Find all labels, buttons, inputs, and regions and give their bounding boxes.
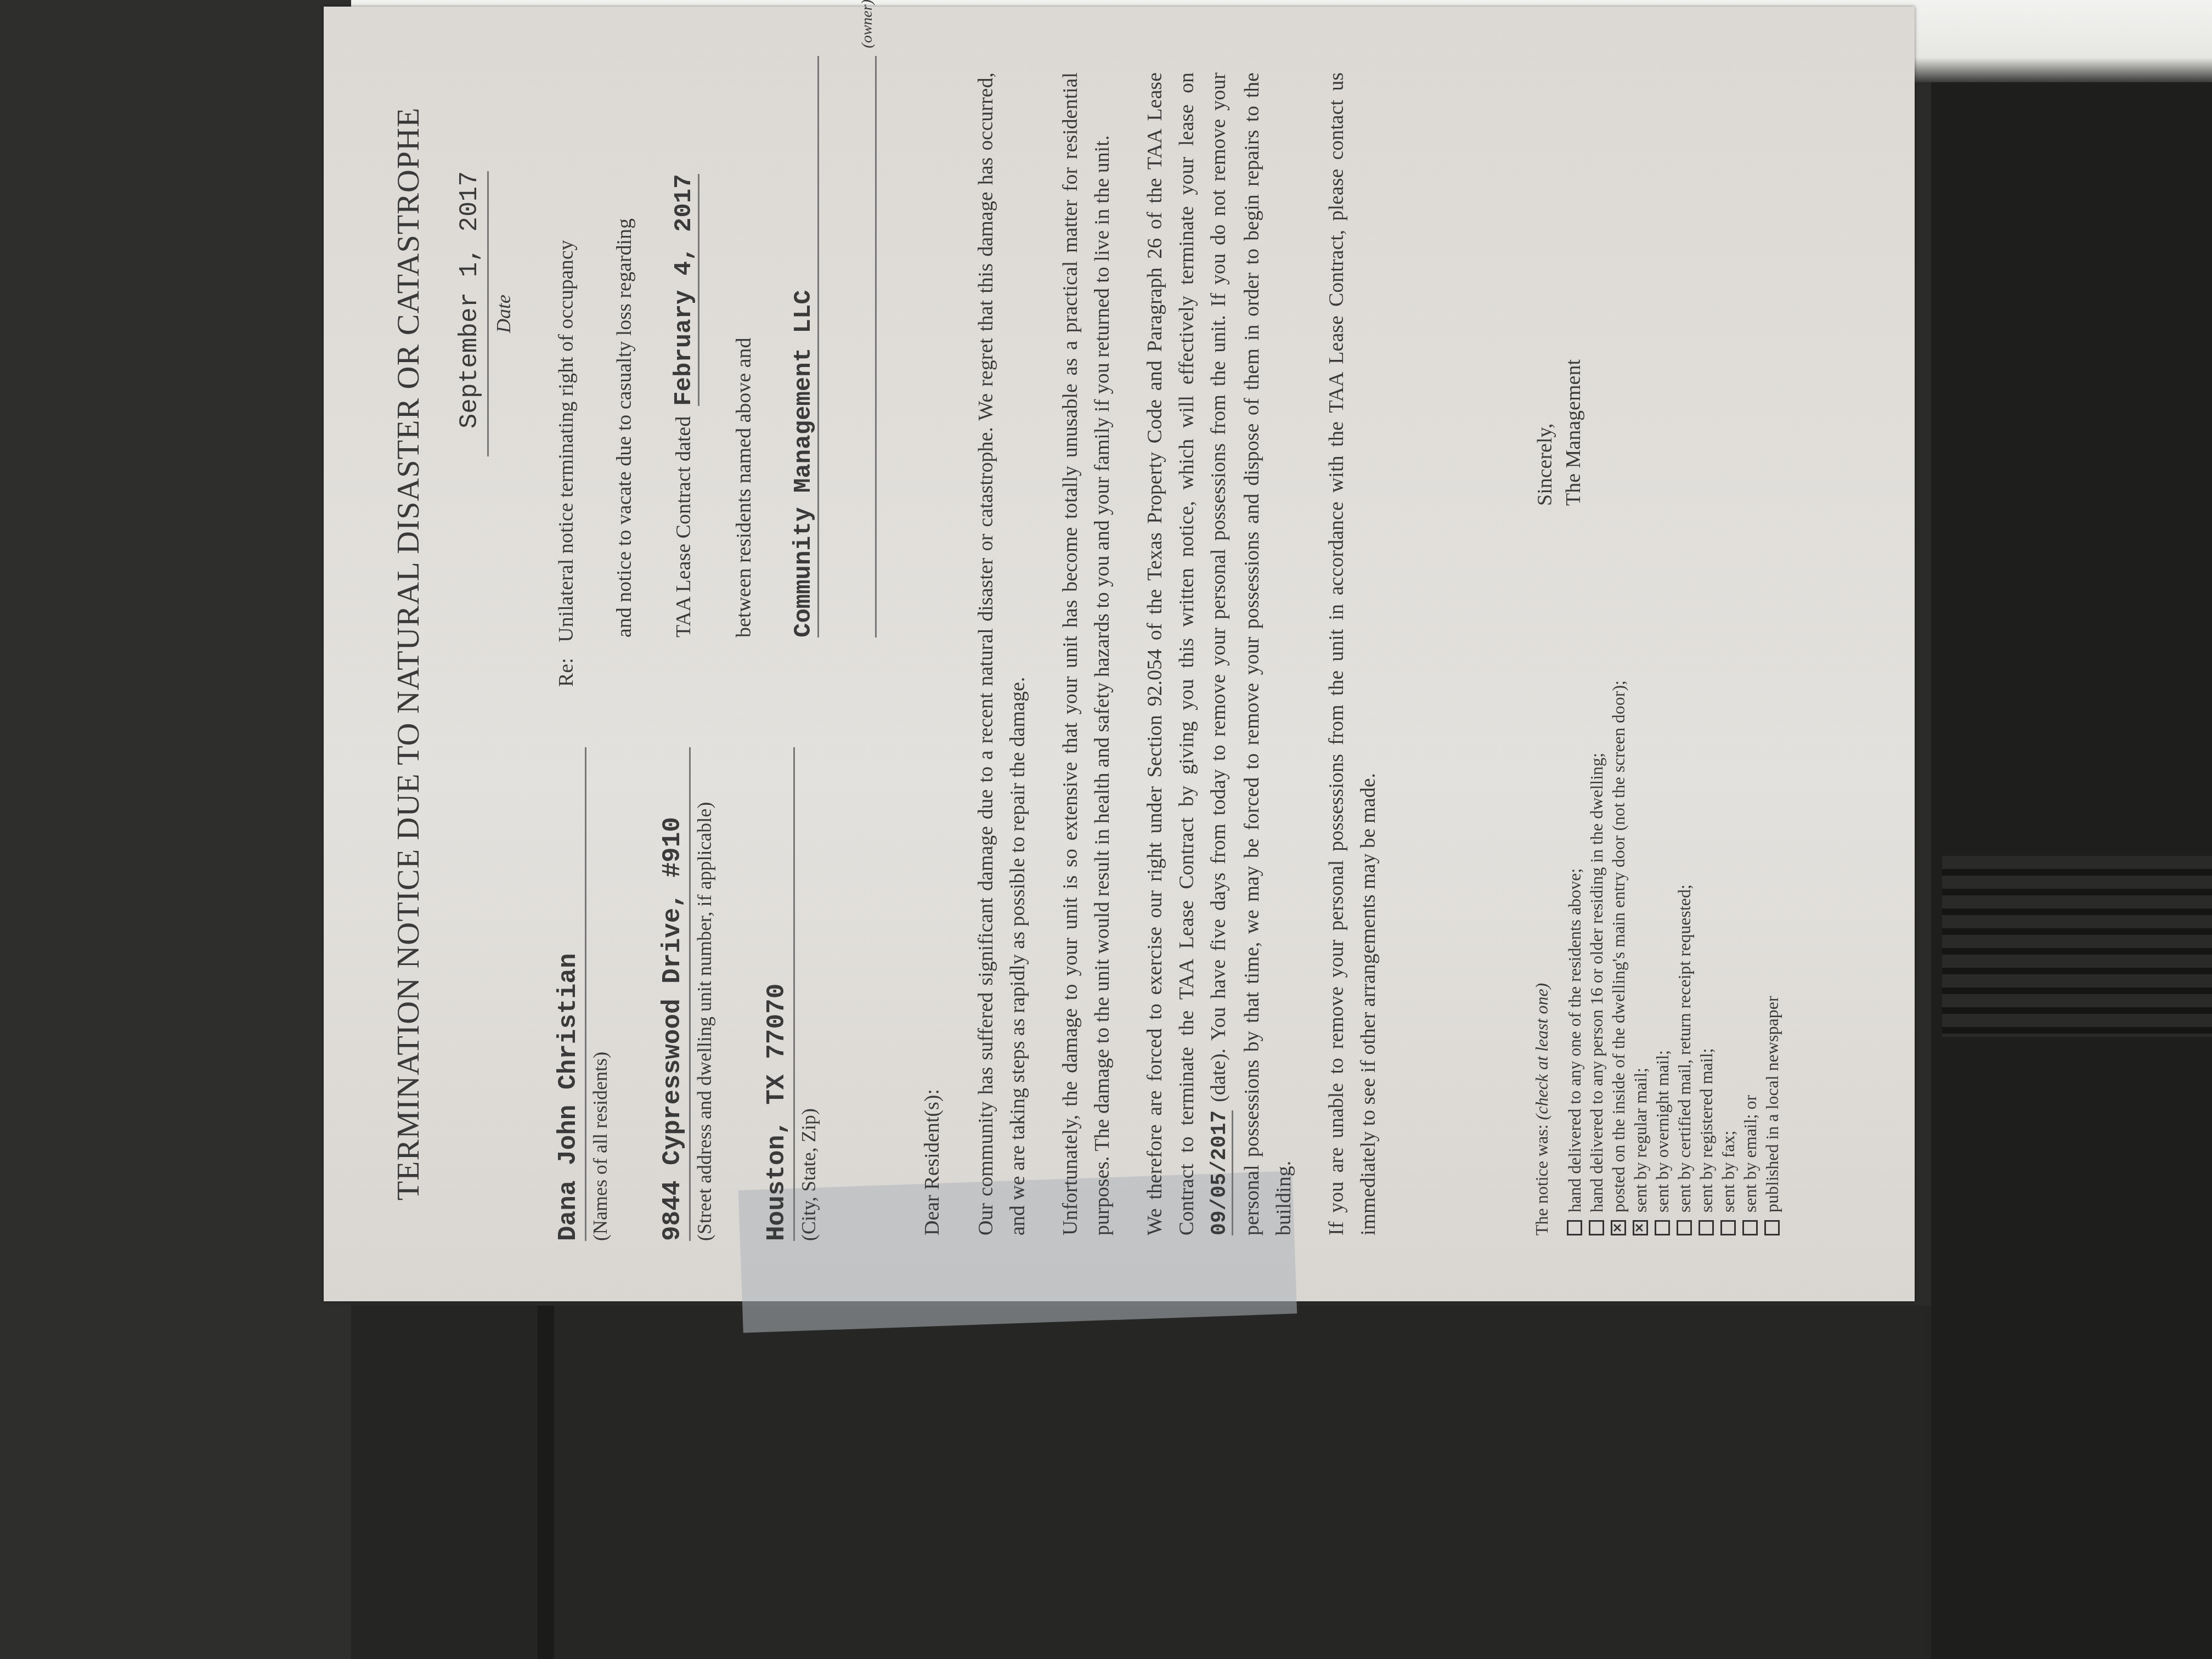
checked-checkbox-icon[interactable]: ✕ — [1611, 1220, 1626, 1235]
checkbox-icon[interactable] — [1567, 1220, 1582, 1235]
paragraph-1: Our community has suffered significant d… — [970, 72, 1034, 1235]
delivery-option-label: published in a local newspaper — [1761, 996, 1783, 1212]
door-inset — [538, 1306, 1926, 1659]
owner-field: Community Management LLC — [790, 56, 819, 637]
delivery-option-label: sent by certified mail, return receipt r… — [1673, 884, 1695, 1212]
re-line-2: and notice to vacate due to casualty los… — [612, 56, 636, 637]
lease-date-label: TAA Lease Contract dated — [672, 416, 695, 637]
delivery-option: published in a local newspaper — [1761, 680, 1783, 1235]
document-title: TERMINATION NOTICE DUE TO NATURAL DISAST… — [390, 7, 426, 1301]
re-line-3: TAA Lease Contract dated February 4, 201… — [670, 56, 698, 637]
delivery-option: sent by email; or — [1739, 680, 1761, 1235]
closing: Sincerely, The Management — [1531, 359, 1588, 506]
checkbox-icon[interactable] — [1677, 1220, 1692, 1235]
resident-city-field: Houston, TX 77070 (City, State, Zip) — [763, 747, 820, 1241]
checked-checkbox-icon[interactable]: ✕ — [1633, 1220, 1648, 1235]
paragraph-2: Unfortunately, the damage to your unit i… — [1054, 72, 1118, 1235]
delivery-options: hand delivered to any one of the residen… — [1564, 680, 1783, 1235]
delivery-option: sent by fax; — [1717, 680, 1739, 1235]
date-value: September 1, 2017 — [455, 171, 489, 456]
paragraph-3: We therefore are forced to exercise our … — [1139, 72, 1300, 1235]
delivery-option-label: sent by overnight mail; — [1651, 1050, 1673, 1212]
checkbox-icon[interactable] — [1655, 1220, 1670, 1235]
lease-date-value: February 4, 2017 — [670, 174, 699, 405]
notice-paper: TERMINATION NOTICE DUE TO NATURAL DISAST… — [324, 7, 1915, 1301]
salutation: Dear Resident(s): — [916, 72, 948, 1235]
closing-line-1: Sincerely, — [1531, 359, 1559, 506]
delivery-option: sent by registered mail; — [1695, 680, 1717, 1235]
delivery-heading-text: The notice was: — [1532, 1124, 1551, 1235]
delivery-option: sent by overnight mail; — [1651, 680, 1673, 1235]
delivery-option-label: hand delivered to any one of the residen… — [1564, 868, 1585, 1212]
re-text-4: between residents named above and — [732, 337, 755, 637]
owner-value: Community Management LLC — [790, 290, 817, 637]
delivery-option-label: sent by regular mail; — [1629, 1068, 1651, 1212]
termination-date: 09/05/2017 — [1208, 1110, 1233, 1235]
date-label: Date — [492, 171, 515, 456]
delivery-option: ✕posted on the inside of the dwelling's … — [1607, 680, 1629, 1235]
delivery-option: hand delivered to any person 16 or older… — [1585, 680, 1607, 1235]
re-text-2: and notice to vacate due to casualty los… — [613, 218, 636, 637]
resident-names-field: Dana John Christian (Names of all reside… — [554, 747, 612, 1241]
delivery-option-label: sent by registered mail; — [1695, 1048, 1717, 1212]
checkbox-icon[interactable] — [1764, 1220, 1780, 1235]
owner-label: (owner). — [859, 0, 876, 48]
paragraph-3-before: We therefore are forced to exercise our … — [1143, 72, 1198, 1235]
letter-body: Dear Resident(s): Our community has suff… — [916, 72, 1405, 1235]
checkbox-icon[interactable] — [1699, 1220, 1714, 1235]
paragraph-4: If you are unable to remove your persona… — [1321, 72, 1384, 1235]
delivery-option-label: posted on the inside of the dwelling's m… — [1607, 680, 1629, 1212]
delivery-option-label: hand delivered to any person 16 or older… — [1585, 753, 1607, 1212]
delivery-heading-note: (check at least one) — [1532, 983, 1551, 1120]
delivery-option: sent by certified mail, return receipt r… — [1673, 680, 1695, 1235]
delivery-option-label: sent by email; or — [1739, 1095, 1761, 1212]
checkbox-icon[interactable] — [1742, 1220, 1758, 1235]
resident-address-field: 9844 Cypresswood Drive, #910 (Street add… — [658, 747, 716, 1241]
re-block: Re: Unilateral notice terminating right … — [554, 56, 877, 687]
door-grooves — [1942, 856, 2212, 1037]
resident-names-value: Dana John Christian — [554, 747, 586, 1241]
notice-paper-wrapper: TERMINATION NOTICE DUE TO NATURAL DISAST… — [324, 7, 1915, 1301]
resident-names-label: (Names of all residents) — [589, 747, 612, 1241]
re-prefix: Re: — [555, 658, 578, 687]
delivery-option: ✕sent by regular mail; — [1629, 680, 1651, 1235]
delivery-option-label: sent by fax; — [1717, 1131, 1739, 1212]
re-line-1: Re: Unilateral notice terminating right … — [554, 56, 578, 687]
resident-address-value: 9844 Cypresswood Drive, #910 — [658, 747, 691, 1241]
delivery-heading: The notice was: (check at least one) — [1531, 680, 1553, 1235]
re-line-4: between residents named above and — [732, 56, 756, 637]
resident-address-label: (Street address and dwelling unit number… — [693, 747, 716, 1241]
date-block: September 1, 2017 Date — [455, 171, 515, 456]
paragraph-3-after: (date). You have five days from today to… — [1207, 72, 1295, 1235]
resident-city-value: Houston, TX 77070 — [763, 747, 795, 1241]
delivery-option: hand delivered to any one of the residen… — [1564, 680, 1585, 1235]
resident-city-label: (City, State, Zip) — [797, 747, 820, 1241]
checkbox-icon[interactable] — [1589, 1220, 1604, 1235]
checkbox-icon[interactable] — [1720, 1220, 1736, 1235]
owner-blank-line: (owner). — [853, 56, 877, 637]
delivery-section: The notice was: (check at least one) han… — [1531, 680, 1783, 1235]
door-left-panel — [0, 0, 351, 1659]
closing-line-2: The Management — [1559, 359, 1588, 506]
re-text-1: Unilateral notice terminating right of o… — [555, 240, 578, 642]
